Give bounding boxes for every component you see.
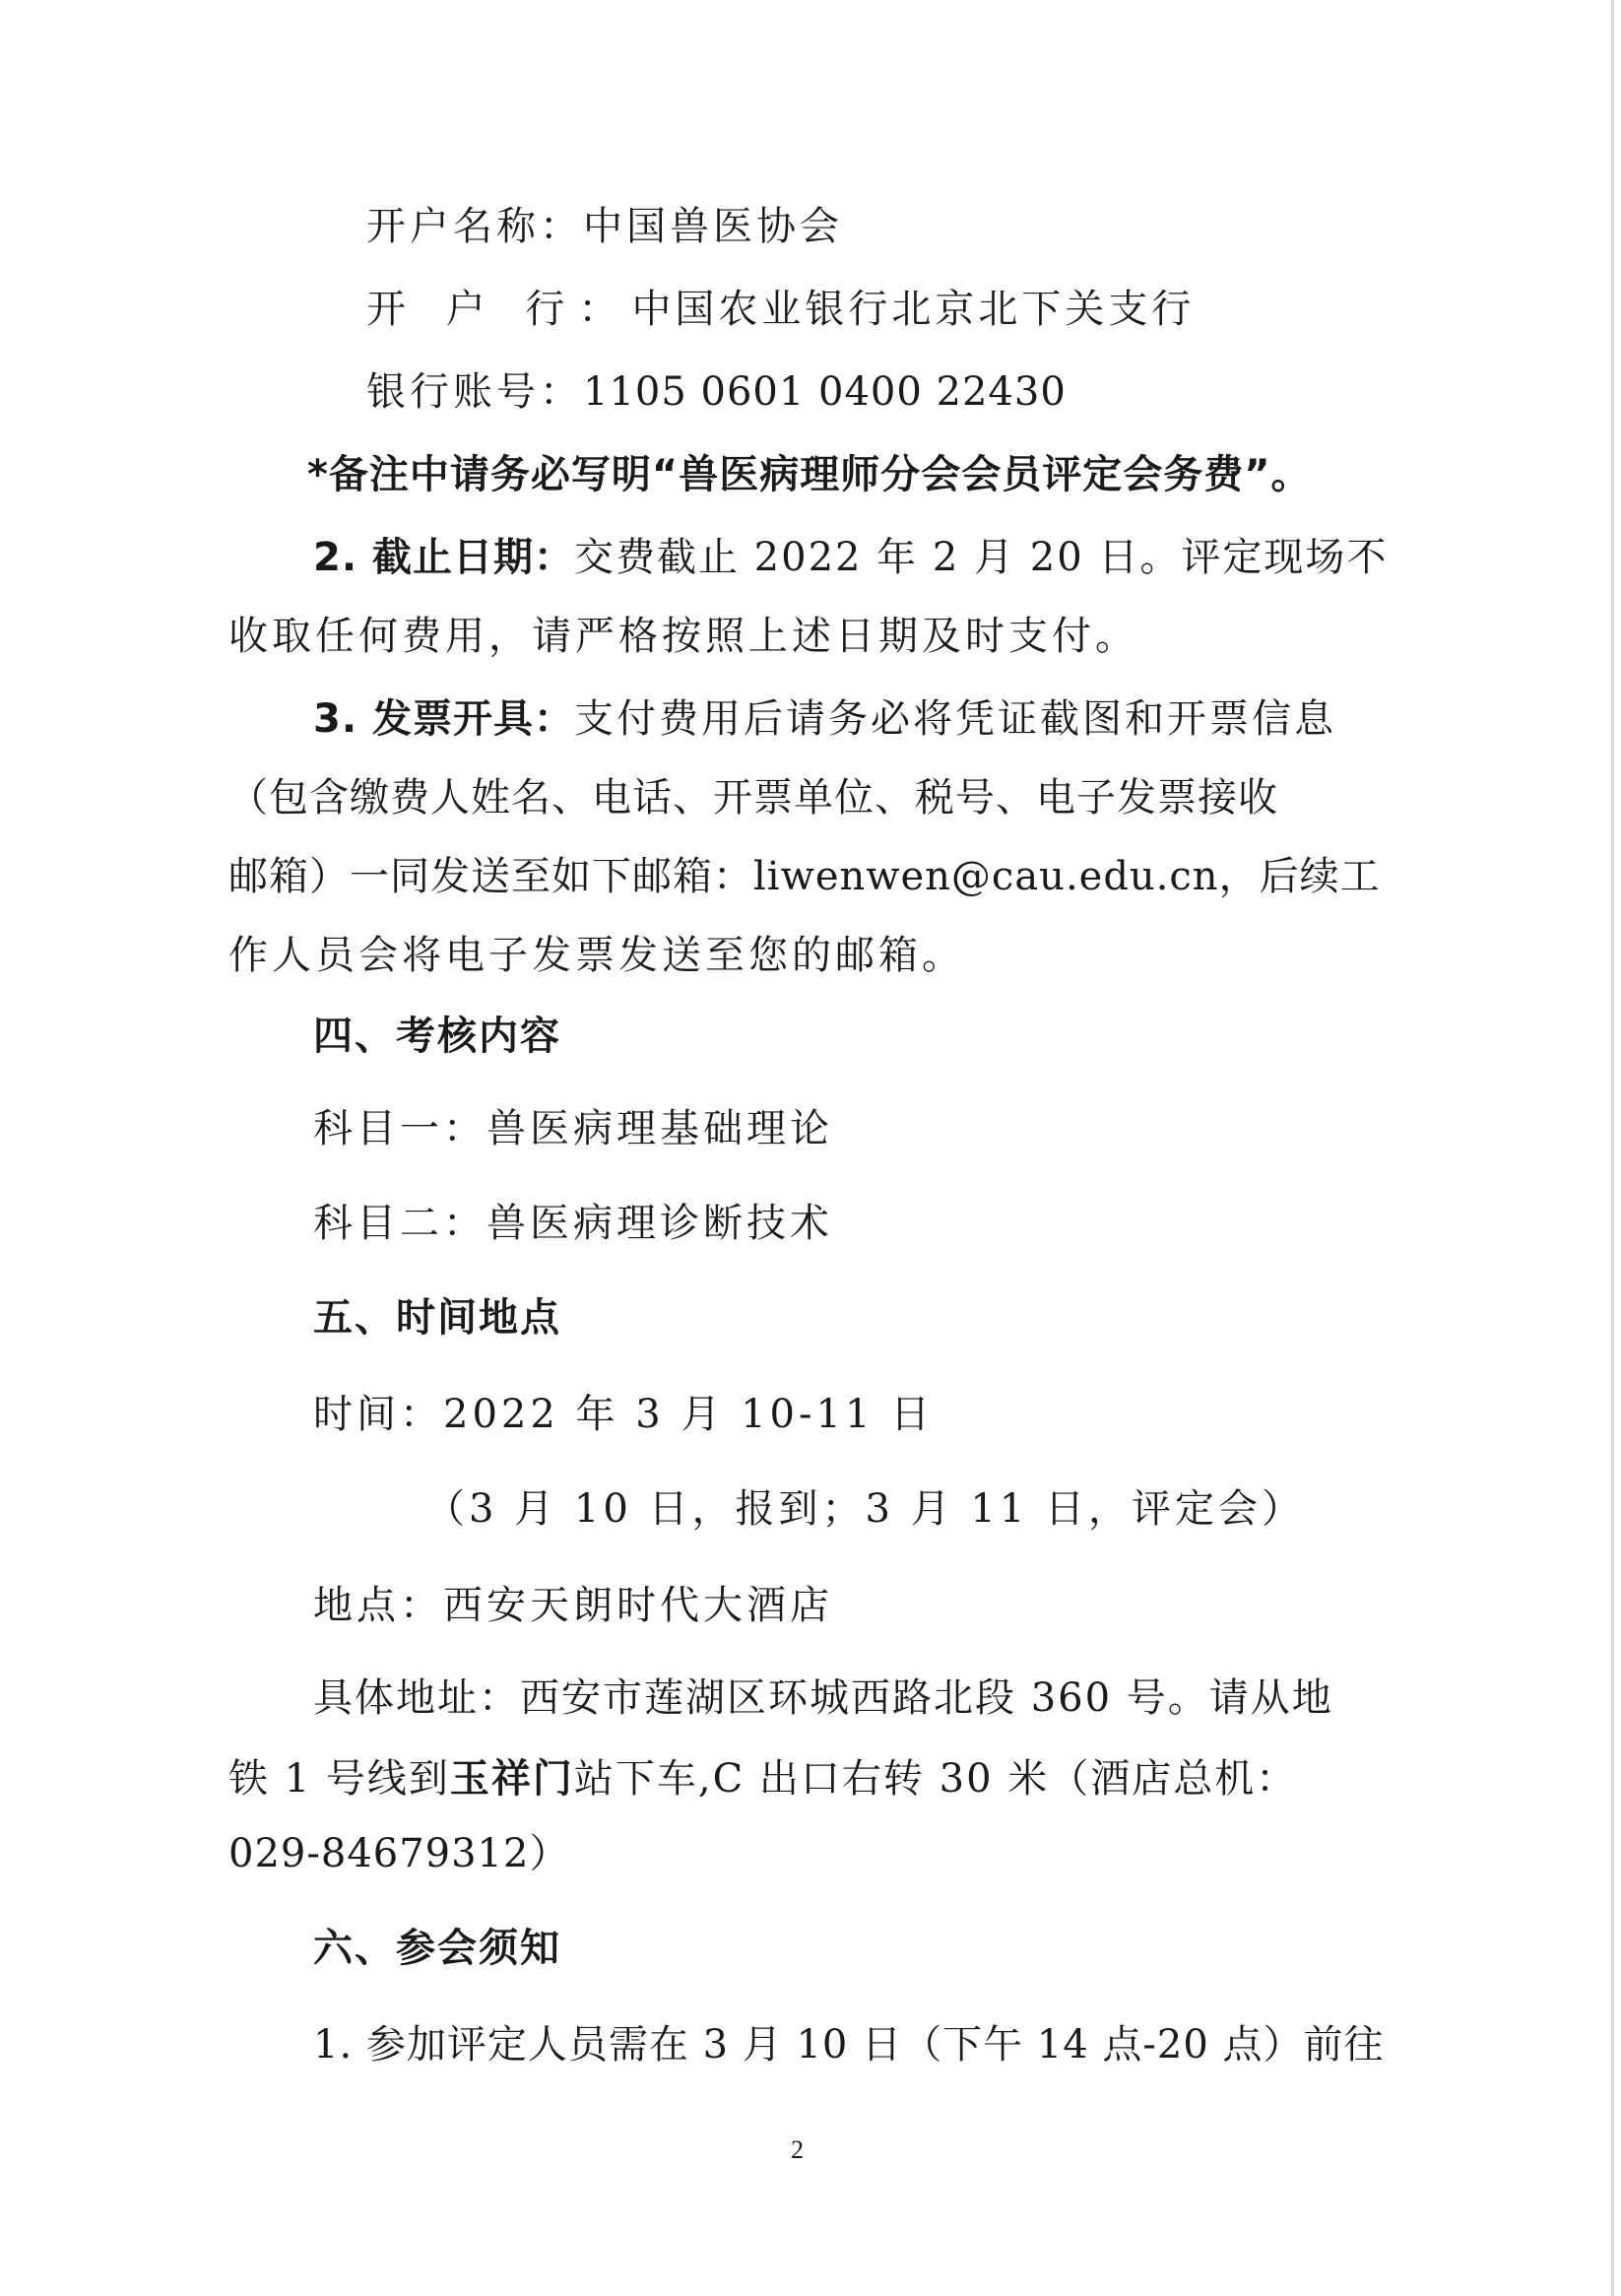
account-number-row: 银行账号：1105 0601 0400 22430 <box>366 368 1067 416</box>
account-number-value: 1105 0601 0400 22430 <box>583 369 1067 415</box>
deadline-text: 交费截止 2022 年 2 月 20 日。评定现场不 <box>574 535 1388 580</box>
account-number-label: 银行账号： <box>366 369 583 415</box>
invoice-line-4: 作人员会将电子发票发送至您的邮箱。 <box>228 932 965 979</box>
invoice-label: 3. 发票开具： <box>313 696 574 742</box>
address-line-1: 具体地址：西安市莲湖区环城西路北段 360 号。请从地 <box>313 1674 1333 1722</box>
subject-1: 科目一：兽医病理基础理论 <box>313 1105 833 1152</box>
bank-label: 开 户 行： <box>366 287 631 332</box>
payment-remark: *备注中请务必写明“兽医病理师分会会员评定会务费”。 <box>307 451 1312 498</box>
time-detail: （3 月 10 日，报到；3 月 11 日，评定会） <box>425 1485 1305 1533</box>
address-line-2-suffix: 站下车,C 出口右转 30 米（酒店总机： <box>574 1756 1297 1802</box>
hotel-phone: 029-84679312） <box>228 1830 569 1877</box>
invoice-row: 3. 发票开具：支付费用后请务必将凭证截图和开票信息 <box>313 695 1336 743</box>
section-4-heading: 四、考核内容 <box>313 1013 561 1060</box>
bank-row: 开 户 行：中国农业银行北京北下关支行 <box>366 286 1195 333</box>
invoice-text: 支付费用后请务必将凭证截图和开票信息 <box>574 696 1336 742</box>
subject-2: 科目二：兽医病理诊断技术 <box>313 1200 833 1247</box>
account-name-row: 开户名称：中国兽医协会 <box>366 203 843 250</box>
page-number: 2 <box>791 2135 804 2165</box>
account-name-label: 开户名称： <box>366 204 583 249</box>
account-name-value: 中国兽医协会 <box>583 204 843 249</box>
scan-edge-line <box>1611 0 1614 2296</box>
section-6-heading: 六、参会须知 <box>313 1925 561 1972</box>
station-name: 玉祥门 <box>450 1756 574 1802</box>
place-row: 地点：西安天朗时代大酒店 <box>313 1582 833 1629</box>
notice-item-1: 1. 参加评定人员需在 3 月 10 日（下午 14 点-20 点）前往 <box>313 2021 1385 2068</box>
time-row: 时间：2022 年 3 月 10-11 日 <box>313 1391 934 1438</box>
section-5-heading: 五、时间地点 <box>313 1294 561 1342</box>
deadline-row: 2. 截止日期：交费截止 2022 年 2 月 20 日。评定现场不 <box>313 534 1388 581</box>
address-line-2-prefix: 铁 1 号线到 <box>228 1756 450 1802</box>
invoice-line-2: （包含缴费人姓名、电话、开票单位、税号、电子发票接收 <box>228 774 1278 821</box>
address-line-2: 铁 1 号线到玉祥门站下车,C 出口右转 30 米（酒店总机： <box>228 1755 1297 1803</box>
bank-value: 中国农业银行北京北下关支行 <box>631 287 1195 332</box>
invoice-line-3: 邮箱）一同发送至如下邮箱：liwenwen@cau.edu.cn，后续工 <box>228 853 1381 900</box>
deadline-continuation: 收取任何费用，请严格按照上述日期及时支付。 <box>228 613 1138 660</box>
deadline-label: 2. 截止日期： <box>313 535 574 580</box>
